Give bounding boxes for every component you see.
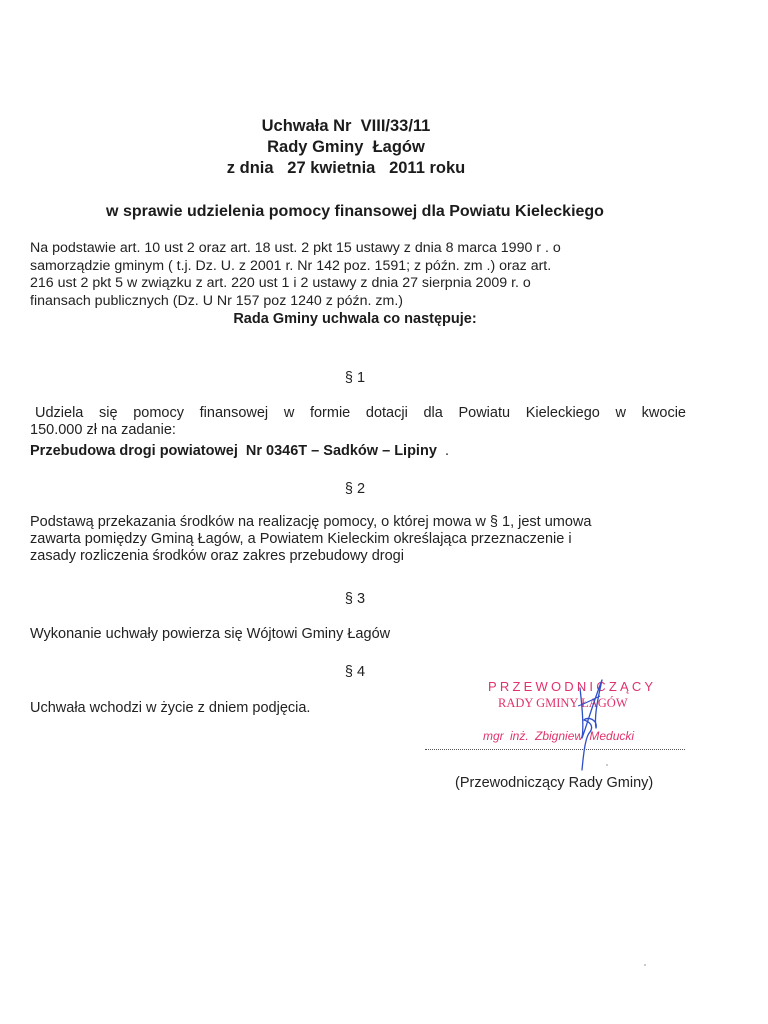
legal-basis-line: finansach publicznych (Dz. U Nr 157 poz … [30,293,680,311]
section-1-text: Udziela się pomocy finansowej w formie d… [30,405,686,439]
signature-line [425,749,685,750]
task-suffix: . [437,443,449,459]
section-3-text: Wykonanie uchwały powierza się Wójtowi G… [30,626,686,643]
section-mark-3: § 3 [0,591,710,607]
resolution-subject: w sprawie udzielenia pomocy finansowej d… [0,203,710,221]
scan-speck [644,964,646,966]
resolves-heading: Rada Gminy uchwala co następuje: [0,311,710,327]
section-2-line: zasady rozliczenia środków oraz zakres p… [30,548,686,565]
resolution-number: Uchwała Nr VIII/33/11 [0,116,692,137]
legal-basis-line: 216 ust 2 pkt 5 w związku z art. 220 ust… [30,275,680,293]
section-mark-1: § 1 [0,370,710,386]
scan-speck [606,764,608,766]
section-2-line: Podstawą przekazania środków na realizac… [30,514,686,531]
section-3-line: Wykonanie uchwały powierza się Wójtowi G… [30,626,686,643]
section-1-line: Udziela się pomocy finansowej w formie d… [30,405,686,422]
legal-basis: Na podstawie art. 10 ust 2 oraz art. 18 … [30,240,680,310]
section-2-text: Podstawą przekazania środków na realizac… [30,514,686,565]
resolution-header: Uchwała Nr VIII/33/11 Rady Gminy Łagów z… [0,116,692,179]
section-2-line: zawarta pomiędzy Gminą Łagów, a Powiatem… [30,531,686,548]
section-1-line: 150.000 zł na zadanie: [30,422,686,439]
legal-basis-line: samorządzie gminym ( t.j. Dz. U. z 2001 … [30,258,680,276]
resolution-date: z dnia 27 kwietnia 2011 roku [0,158,692,179]
task-name: Przebudowa drogi powiatowej Nr 0346T – S… [30,443,449,459]
legal-basis-line: Na podstawie art. 10 ust 2 oraz art. 18 … [30,240,680,258]
council-name: Rady Gminy Łagów [0,137,692,158]
handwritten-signature-icon [572,676,612,772]
task-title: Przebudowa drogi powiatowej Nr 0346T – S… [30,443,437,459]
section-mark-2: § 2 [0,481,710,497]
signature-caption: (Przewodniczący Rady Gminy) [455,775,653,791]
